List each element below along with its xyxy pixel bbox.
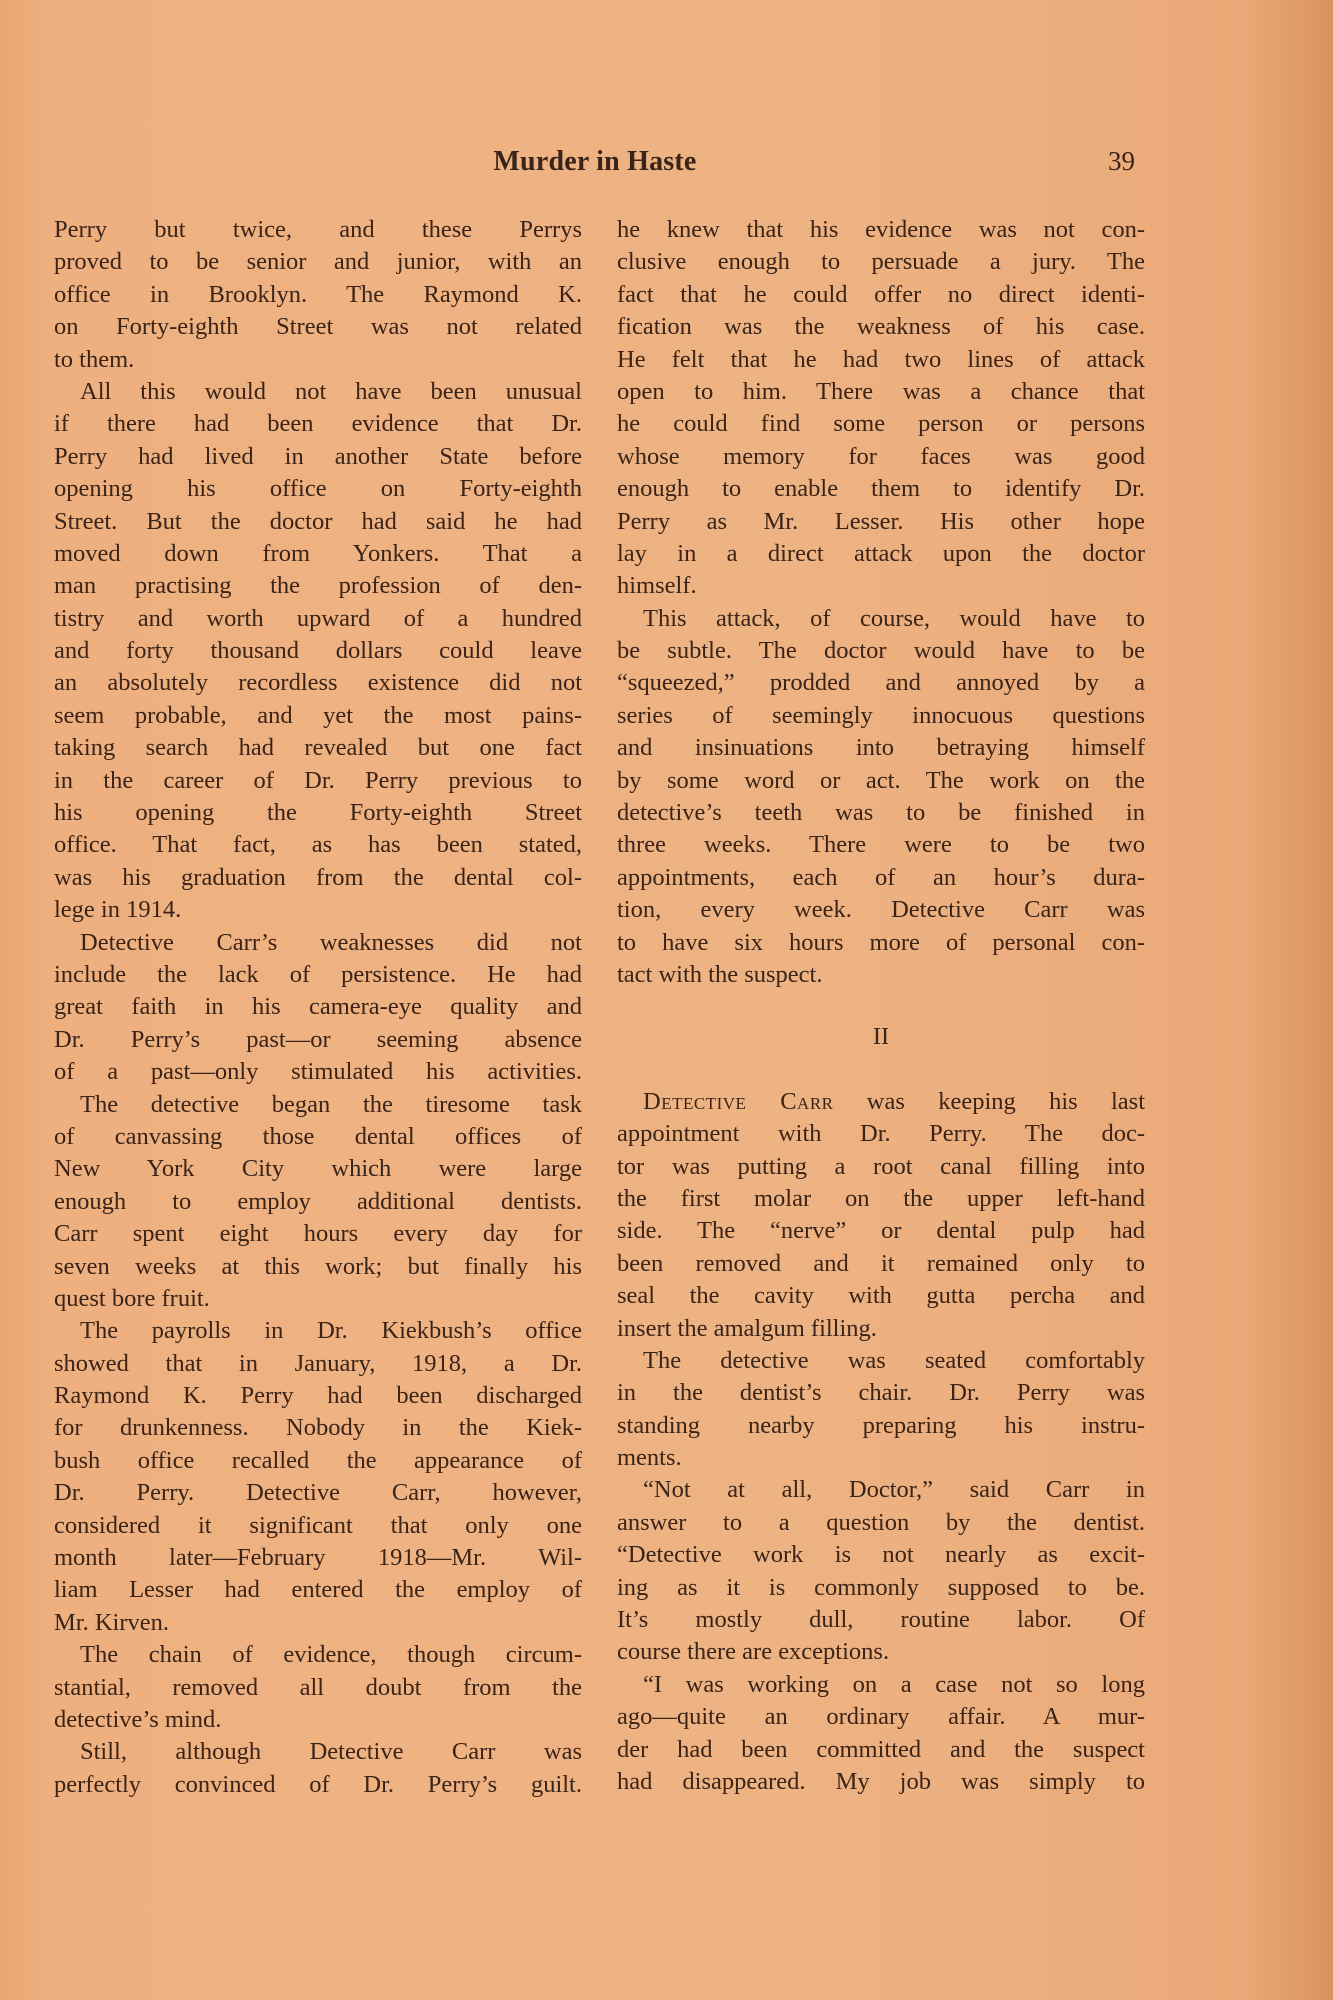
text-line: in the dentist’s chair. Dr. Perry was (617, 1377, 1145, 1409)
text-line: The payrolls in Dr. Kiekbush’s office (54, 1315, 582, 1347)
text-line: lay in a direct attack upon the doctor (617, 538, 1145, 570)
running-head-title: Murder in Haste (470, 146, 720, 178)
text-line: for drunkenness. Nobody in the Kiek- (54, 1412, 582, 1444)
text-line: tistry and worth upward of a hundred (54, 603, 582, 635)
text-line: office in Brooklyn. The Raymond K. (54, 279, 582, 311)
running-head: Murder in Haste 39 (0, 146, 1333, 186)
text-line: appointment with Dr. Perry. The doc- (617, 1118, 1145, 1150)
book-page: Murder in Haste 39 Perry but twice, and … (0, 0, 1333, 2000)
text-line: by some word or act. The work on the (617, 765, 1145, 797)
text-line: of a past—only stimulated his activities… (54, 1056, 582, 1088)
text-line: “squeezed,” prodded and annoyed by a (617, 667, 1145, 699)
text-line: “I was working on a case not so long (617, 1669, 1145, 1701)
section-opening-rest: was keeping his last (834, 1088, 1146, 1115)
text-line: if there had been evidence that Dr. (54, 408, 582, 440)
text-line: detective’s mind. (54, 1704, 582, 1736)
text-line: in the career of Dr. Perry previous to (54, 765, 582, 797)
text-line: enough to enable them to identify Dr. (617, 473, 1145, 505)
text-line: clusive enough to persuade a jury. The (617, 246, 1145, 278)
right-column-part-2: appointment with Dr. Perry. The doc-tor … (617, 1118, 1145, 1798)
text-line: he knew that his evidence was not con- (617, 214, 1145, 246)
text-line: of canvassing those dental offices of (54, 1121, 582, 1153)
text-line: Street. But the doctor had said he had (54, 506, 582, 538)
text-line: Dr. Perry. Detective Carr, however, (54, 1477, 582, 1509)
text-line: Raymond K. Perry had been discharged (54, 1380, 582, 1412)
text-line: his opening the Forty-eighth Street (54, 797, 582, 829)
text-line: standing nearby preparing his instru- (617, 1410, 1145, 1442)
text-line: quest bore fruit. (54, 1283, 582, 1315)
text-line: Perry had lived in another State before (54, 441, 582, 473)
text-line: was his graduation from the dental col- (54, 862, 582, 894)
text-line: include the lack of persistence. He had (54, 959, 582, 991)
text-line: showed that in January, 1918, a Dr. (54, 1348, 582, 1380)
text-line: course there are exceptions. (617, 1636, 1145, 1668)
text-line: great faith in his camera-eye quality an… (54, 991, 582, 1023)
text-line: seven weeks at this work; but finally hi… (54, 1251, 582, 1283)
right-column-part-1: he knew that his evidence was not con-cl… (617, 214, 1145, 991)
text-line: answer to a question by the dentist. (617, 1507, 1145, 1539)
text-line: side. The “nerve” or dental pulp had (617, 1215, 1145, 1247)
text-line: stantial, removed all doubt from the (54, 1672, 582, 1704)
text-line: seem probable, and yet the most pains- (54, 700, 582, 732)
text-line: fact that he could offer no direct ident… (617, 279, 1145, 311)
section-number: II (617, 1021, 1145, 1053)
text-line: perfectly convinced of Dr. Perry’s guilt… (54, 1769, 582, 1801)
text-line: “Detective work is not nearly as excit- (617, 1539, 1145, 1571)
text-line: and forty thousand dollars could leave (54, 635, 582, 667)
text-line: Carr spent eight hours every day for (54, 1218, 582, 1250)
text-line: on Forty-eighth Street was not related (54, 311, 582, 343)
text-line: to them. (54, 344, 582, 376)
text-line: Perry as Mr. Lesser. His other hope (617, 506, 1145, 538)
text-line: This attack, of course, would have to (617, 603, 1145, 635)
text-line: Mr. Kirven. (54, 1607, 582, 1639)
text-line: He felt that he had two lines of attack (617, 344, 1145, 376)
text-line: der had been committed and the suspect (617, 1734, 1145, 1766)
text-line: ments. (617, 1442, 1145, 1474)
text-line: The chain of evidence, though circum- (54, 1639, 582, 1671)
text-line: taking search had revealed but one fact (54, 732, 582, 764)
text-line: All this would not have been unusual (54, 376, 582, 408)
text-line: seal the cavity with gutta percha and (617, 1280, 1145, 1312)
text-line: considered it significant that only one (54, 1510, 582, 1542)
section-opening-smallcaps: Detective Carr (643, 1088, 834, 1115)
text-line: to have six hours more of personal con- (617, 927, 1145, 959)
text-line: he could find some person or persons (617, 408, 1145, 440)
text-line: bush office recalled the appearance of (54, 1445, 582, 1477)
text-line: be subtle. The doctor would have to be (617, 635, 1145, 667)
text-line: Detective Carr’s weaknesses did not (54, 927, 582, 959)
text-line: insert the amalgum filling. (617, 1313, 1145, 1345)
text-line: The detective began the tiresome task (54, 1089, 582, 1121)
text-line: It’s mostly dull, routine labor. Of (617, 1604, 1145, 1636)
text-line: fication was the weakness of his case. (617, 311, 1145, 343)
text-line: had disappeared. My job was simply to (617, 1766, 1145, 1798)
text-line: detective’s teeth was to be finished in (617, 797, 1145, 829)
text-line: open to him. There was a chance that (617, 376, 1145, 408)
text-line: been removed and it remained only to (617, 1248, 1145, 1280)
text-line: month later—February 1918—Mr. Wil- (54, 1542, 582, 1574)
text-line: three weeks. There were to be two (617, 829, 1145, 861)
text-line: tion, every week. Detective Carr was (617, 894, 1145, 926)
text-line: lege in 1914. (54, 894, 582, 926)
text-line: liam Lesser had entered the employ of (54, 1574, 582, 1606)
page-number: 39 (1108, 146, 1135, 177)
text-line: man practising the profession of den- (54, 570, 582, 602)
text-line: an absolutely recordless existence did n… (54, 667, 582, 699)
text-line: proved to be senior and junior, with an (54, 246, 582, 278)
text-line: tor was putting a root canal filling int… (617, 1151, 1145, 1183)
text-line: whose memory for faces was good (617, 441, 1145, 473)
text-line: opening his office on Forty-eighth (54, 473, 582, 505)
text-line: “Not at all, Doctor,” said Carr in (617, 1474, 1145, 1506)
text-line: ago—quite an ordinary affair. A mur- (617, 1701, 1145, 1733)
left-column: Perry but twice, and these Perrysproved … (54, 214, 582, 1801)
text-line: enough to employ additional dentists. (54, 1186, 582, 1218)
text-line: office. That fact, as has been stated, (54, 829, 582, 861)
text-line: Dr. Perry’s past—or seeming absence (54, 1024, 582, 1056)
text-line: the first molar on the upper left-hand (617, 1183, 1145, 1215)
text-line: appointments, each of an hour’s dura- (617, 862, 1145, 894)
text-line: and insinuations into betraying himself (617, 732, 1145, 764)
text-line: Still, although Detective Carr was (54, 1736, 582, 1768)
text-line: Perry but twice, and these Perrys (54, 214, 582, 246)
text-line: ing as it is commonly supposed to be. (617, 1572, 1145, 1604)
right-column: he knew that his evidence was not con-cl… (617, 214, 1145, 1798)
section-opening-line: Detective Carr was keeping his last (617, 1086, 1145, 1118)
text-line: himself. (617, 570, 1145, 602)
text-line: The detective was seated comfortably (617, 1345, 1145, 1377)
text-line: series of seemingly innocuous questions (617, 700, 1145, 732)
text-line: New York City which were large (54, 1153, 582, 1185)
text-line: moved down from Yonkers. That a (54, 538, 582, 570)
text-line: tact with the suspect. (617, 959, 1145, 991)
